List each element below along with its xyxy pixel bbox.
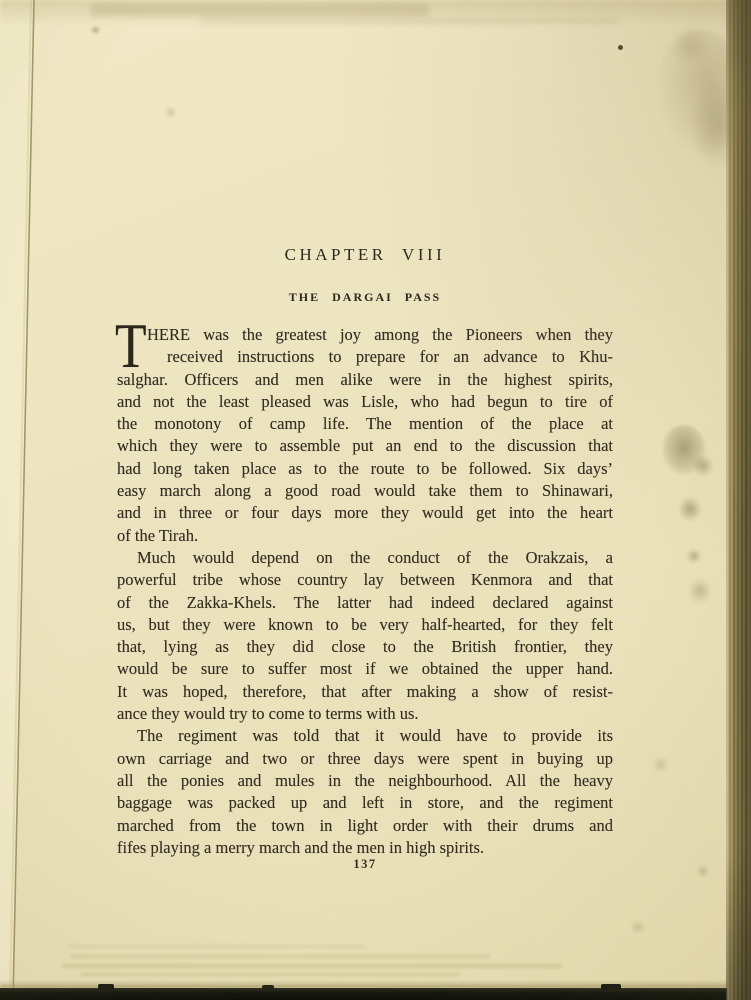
foxing-stain [696, 864, 710, 878]
ink-speck [618, 45, 623, 50]
text-line: had long taken place as to the route to … [117, 458, 613, 480]
text-line: that, lying as they did close to the Bri… [117, 636, 613, 658]
foxing-stain [630, 920, 646, 934]
text-line: fifes playing a merry march and the men … [117, 837, 613, 859]
text-line: HERE was the greatest joy among the Pion… [117, 324, 613, 346]
text-line: of the Zakka-Khels. The latter had indee… [117, 592, 613, 614]
text-line: marched from the town in light order wit… [117, 815, 613, 837]
text-line: and not the least pleased was Lisle, who… [117, 391, 613, 413]
page-curl-streak [66, 945, 366, 948]
paragraph: Much would depend on the conduct of the … [117, 547, 613, 725]
page-edge-notch [98, 984, 114, 990]
text-line: Much would depend on the conduct of the … [117, 547, 613, 569]
text-line: all the ponies and mules in the neighbou… [117, 770, 613, 792]
page-edge-notch [601, 984, 621, 990]
top-page-edge-band [90, 4, 430, 16]
gutter-shadow [0, 0, 60, 1000]
foxing-stain [678, 496, 702, 522]
paragraph: The regiment was told that it would have… [117, 725, 613, 859]
text-line: own carriage and two or three days were … [117, 748, 613, 770]
foxing-stain [164, 106, 177, 119]
text-line: easy march along a good road would take … [117, 480, 613, 502]
page-curl-streak [62, 964, 562, 968]
right-page-edge-stripes [726, 0, 751, 1000]
foxing-stain [670, 25, 710, 65]
top-page-edge-band [200, 18, 620, 24]
text-line: would be sure to suffer most if we obtai… [117, 658, 613, 680]
scanned-book-page: CHAPTER VIII THE DARGAI PASS THERE was t… [0, 0, 751, 1000]
body-text: THERE was the greatest joy among the Pio… [117, 324, 613, 859]
text-line: us, but they were known to be very half-… [117, 614, 613, 636]
text-line: ance they would try to come to terms wit… [117, 703, 613, 725]
text-line: which they were to assemble put an end t… [117, 435, 613, 457]
paragraph: THERE was the greatest joy among the Pio… [117, 324, 613, 547]
text-line: the monotony of camp life. The mention o… [117, 413, 613, 435]
page-edge-notch [262, 985, 274, 990]
page-number: 137 [117, 857, 613, 872]
foxing-stain [688, 578, 712, 604]
drop-cap: T [115, 315, 147, 378]
foxing-stain [686, 548, 702, 564]
text-line: and in three or four days more they woul… [117, 502, 613, 524]
text-line: salghar. Officers and men alike were in … [117, 369, 613, 391]
text-line: baggage was packed up and left in store,… [117, 792, 613, 814]
foxing-stain [652, 756, 669, 773]
foxing-stain [662, 425, 706, 475]
text-line: of the Tirah. [117, 525, 613, 547]
page-curl-streak [70, 955, 490, 958]
text-line: The regiment was told that it would have… [117, 725, 613, 747]
chapter-heading: CHAPTER VIII [117, 245, 613, 265]
page-curl-streak [80, 973, 460, 976]
text-line: It was hoped, therefore, that after maki… [117, 681, 613, 703]
foxing-stain [692, 455, 714, 477]
chapter-subtitle: THE DARGAI PASS [117, 290, 613, 305]
text-line: powerful tribe whose country lay between… [117, 569, 613, 591]
text-line: received instructions to prepare for an … [117, 346, 613, 368]
